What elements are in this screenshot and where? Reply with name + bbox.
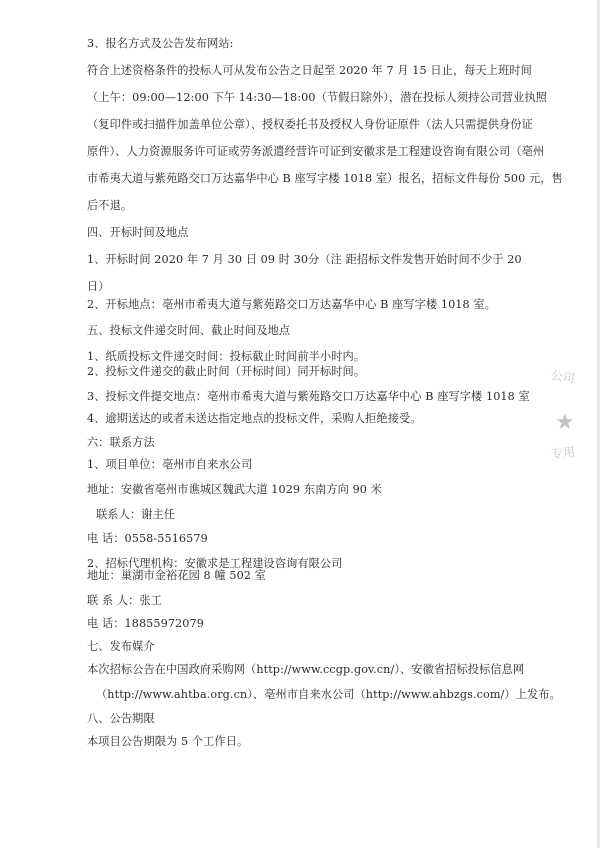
document-line: 原件）、人力资源服务许可证或劳务派遣经营许可证到安徽求是工程建设咨询有限公司（亳… (87, 145, 544, 159)
document-line: 市希夷大道与紫苑路交口万达嘉华中心 B 座写字楼 1018 室）报名，招标文件每… (87, 172, 563, 186)
stamp-bottom-text: 专用 (550, 443, 576, 462)
document-line: 联系人：谢主任 (96, 508, 175, 522)
document-line: 联 系 人：张工 (87, 594, 162, 608)
document-line: 3、报名方式及公告发布网站: (87, 37, 234, 51)
document-line: （复印件或扫描件加盖单位公章）、授权委托书及授权人身份证原件（法人只需提供身份证 (87, 118, 533, 132)
document-line: 电 话：0558-5516579 (87, 532, 208, 546)
document-line: 五、投标文件递交时间、截止时间及地点 (87, 324, 290, 338)
document-line: 1、开标时间 2020 年 7 月 30 日 09 时 30分（注 距招标文件发… (87, 253, 522, 267)
document-line: 四、开标时间及地点 (87, 226, 189, 240)
document-line: 1、项目单位：亳州市自来水公司 (87, 458, 252, 472)
document-line: 电 话：18855972079 (87, 617, 204, 631)
document-line: 日） (87, 280, 110, 294)
document-line: 4、逾期送达的或者未送达指定地点的投标文件，采购人拒绝接受。 (87, 412, 422, 426)
document-line: 本次招标公告在中国政府采购网（http://www.ccgp.gov.cn/）、… (87, 663, 524, 677)
document-line: （上午：09:00—12:00 下午 14:30—18:00（节假日除外），潜在… (87, 91, 547, 105)
document-line: 六：联系方法 (87, 436, 155, 450)
stamp-star-icon: ★ (555, 410, 575, 435)
document-line: 本项目公告期限为 5 个工作日。 (87, 735, 248, 749)
document-line: （http://www.ahtba.org.cn）、亳州市自来水公司（http:… (96, 688, 561, 702)
document-line: 2、投标文件递交的截止时间（开标时间）同开标时间。 (87, 365, 365, 379)
document-line: 后不退。 (87, 199, 132, 213)
document-line: 2、开标地点：亳州市希夷大道与紫苑路交口万达嘉华中心 B 座写字楼 1018 室… (87, 298, 496, 312)
document-line: 地址：安徽省亳州市谯城区魏武大道 1029 东南方向 90 米 (87, 483, 382, 497)
document-line: 1、纸质投标文件递交时间：投标截止时间前半小时内。 (87, 350, 365, 364)
company-seal-stamp: 公司 ★ 专用 (545, 362, 585, 477)
document-line: 八、公告期限 (87, 712, 155, 726)
stamp-top-text: 公司 (550, 366, 576, 386)
document-line: 符合上述资格条件的投标人可从发布公告之日起至 2020 年 7 月 15 日止，… (87, 64, 532, 78)
document-line: 地址：巢湖市金裕花园 8 幢 502 室 (87, 569, 266, 583)
document-line: 七、发布媒介 (87, 640, 155, 654)
document-page: 3、报名方式及公告发布网站:符合上述资格条件的投标人可从发布公告之日起至 202… (0, 0, 600, 848)
document-line: 3、投标文件提交地点：亳州市希夷大道与紫苑路交口万达嘉华中心 B 座写字楼 10… (87, 390, 530, 404)
